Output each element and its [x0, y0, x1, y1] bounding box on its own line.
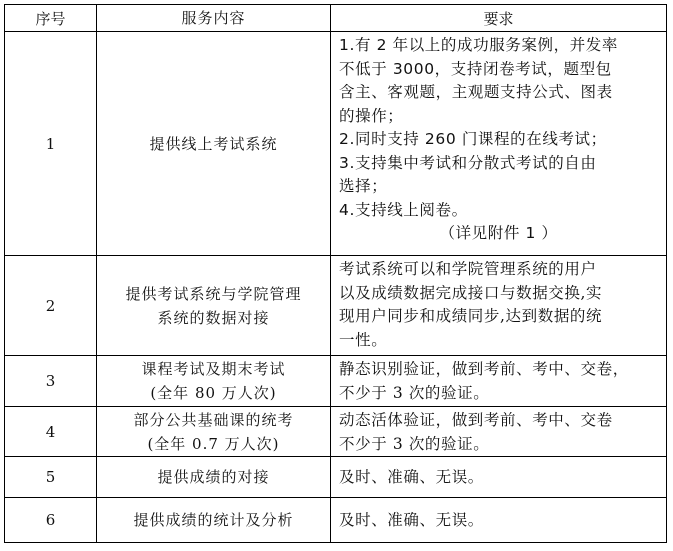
- requirement-line: 不低于 3000，支持闭卷考试，题型包: [339, 58, 658, 82]
- service-line: 提供线上考试系统: [97, 132, 330, 156]
- cell-serial-number: 5: [5, 457, 97, 498]
- cell-requirements: 动态活体验证，做到考前、考中、交卷 不少于 3 次的验证。: [331, 407, 667, 457]
- cell-service-content: 提供考试系统与学院管理 系统的数据对接: [97, 256, 331, 356]
- cell-service-content: 提供成绩的统计及分析: [97, 498, 331, 543]
- table-row: 3 课程考试及期末考试 (全年 80 万人次) 静态识别验证，做到考前、考中、交…: [5, 356, 667, 407]
- cell-serial-number: 4: [5, 407, 97, 457]
- cell-service-content: 部分公共基础课的统考 (全年 0.7 万人次): [97, 407, 331, 457]
- requirement-line: 及时、准确、无误。: [339, 466, 658, 490]
- service-line: (全年 0.7 万人次): [97, 432, 330, 456]
- service-line: 提供考试系统与学院管理: [97, 282, 330, 306]
- requirement-line: 4.支持线上阅卷。: [339, 199, 658, 223]
- requirement-line: 动态活体验证，做到考前、考中、交卷: [339, 409, 658, 433]
- requirement-line: 现用户同步和成绩同步,达到数据的统: [339, 305, 658, 329]
- requirement-line: 的操作；: [339, 105, 658, 129]
- table-row: 6 提供成绩的统计及分析 及时、准确、无误。: [5, 498, 667, 543]
- cell-requirements: 及时、准确、无误。: [331, 498, 667, 543]
- table-header-row: 序号 服务内容 要求: [5, 5, 667, 32]
- requirement-line: 1.有 2 年以上的成功服务案例，并发率: [339, 34, 658, 58]
- service-line: 部分公共基础课的统考: [97, 408, 330, 432]
- requirement-line: 3.支持集中考试和分散式考试的自由: [339, 152, 658, 176]
- service-requirements-table: 序号 服务内容 要求 1 提供线上考试系统 1.有 2 年以上的成功服务案例，并…: [4, 4, 667, 543]
- requirement-line: 静态识别验证，做到考前、考中、交卷，: [339, 358, 658, 382]
- requirement-line: 以及成绩数据完成接口与数据交换,实: [339, 282, 658, 306]
- service-line: 提供成绩的对接: [97, 465, 330, 489]
- cell-service-content: 提供成绩的对接: [97, 457, 331, 498]
- requirement-line: 及时、准确、无误。: [339, 509, 658, 533]
- table-row: 2 提供考试系统与学院管理 系统的数据对接 考试系统可以和学院管理系统的用户 以…: [5, 256, 667, 356]
- cell-requirements: 1.有 2 年以上的成功服务案例，并发率 不低于 3000，支持闭卷考试，题型包…: [331, 32, 667, 256]
- requirement-line: 考试系统可以和学院管理系统的用户: [339, 258, 658, 282]
- cell-serial-number: 1: [5, 32, 97, 256]
- cell-service-content: 提供线上考试系统: [97, 32, 331, 256]
- header-requirements: 要求: [331, 5, 667, 32]
- requirement-line: 含主、客观题，主观题支持公式、图表: [339, 81, 658, 105]
- cell-serial-number: 3: [5, 356, 97, 407]
- table-row: 5 提供成绩的对接 及时、准确、无误。: [5, 457, 667, 498]
- requirement-line: 2.同时支持 260 门课程的在线考试；: [339, 128, 658, 152]
- requirement-line: 不少于 3 次的验证。: [339, 382, 658, 406]
- table-row: 4 部分公共基础课的统考 (全年 0.7 万人次) 动态活体验证，做到考前、考中…: [5, 407, 667, 457]
- cell-service-content: 课程考试及期末考试 (全年 80 万人次): [97, 356, 331, 407]
- cell-requirements: 及时、准确、无误。: [331, 457, 667, 498]
- requirement-line: 不少于 3 次的验证。: [339, 433, 658, 457]
- service-line: 课程考试及期末考试: [97, 357, 330, 381]
- attachment-note: （详见附件 1 ）: [339, 222, 658, 246]
- cell-requirements: 静态识别验证，做到考前、考中、交卷， 不少于 3 次的验证。: [331, 356, 667, 407]
- requirement-line: 选择；: [339, 175, 658, 199]
- service-line: (全年 80 万人次): [97, 381, 330, 405]
- service-line: 系统的数据对接: [97, 306, 330, 330]
- cell-requirements: 考试系统可以和学院管理系统的用户 以及成绩数据完成接口与数据交换,实 现用户同步…: [331, 256, 667, 356]
- cell-serial-number: 2: [5, 256, 97, 356]
- header-serial-number: 序号: [5, 5, 97, 32]
- header-service-content: 服务内容: [97, 5, 331, 32]
- service-line: 提供成绩的统计及分析: [97, 508, 330, 532]
- cell-serial-number: 6: [5, 498, 97, 543]
- table-row: 1 提供线上考试系统 1.有 2 年以上的成功服务案例，并发率 不低于 3000…: [5, 32, 667, 256]
- requirement-line: 一性。: [339, 329, 658, 353]
